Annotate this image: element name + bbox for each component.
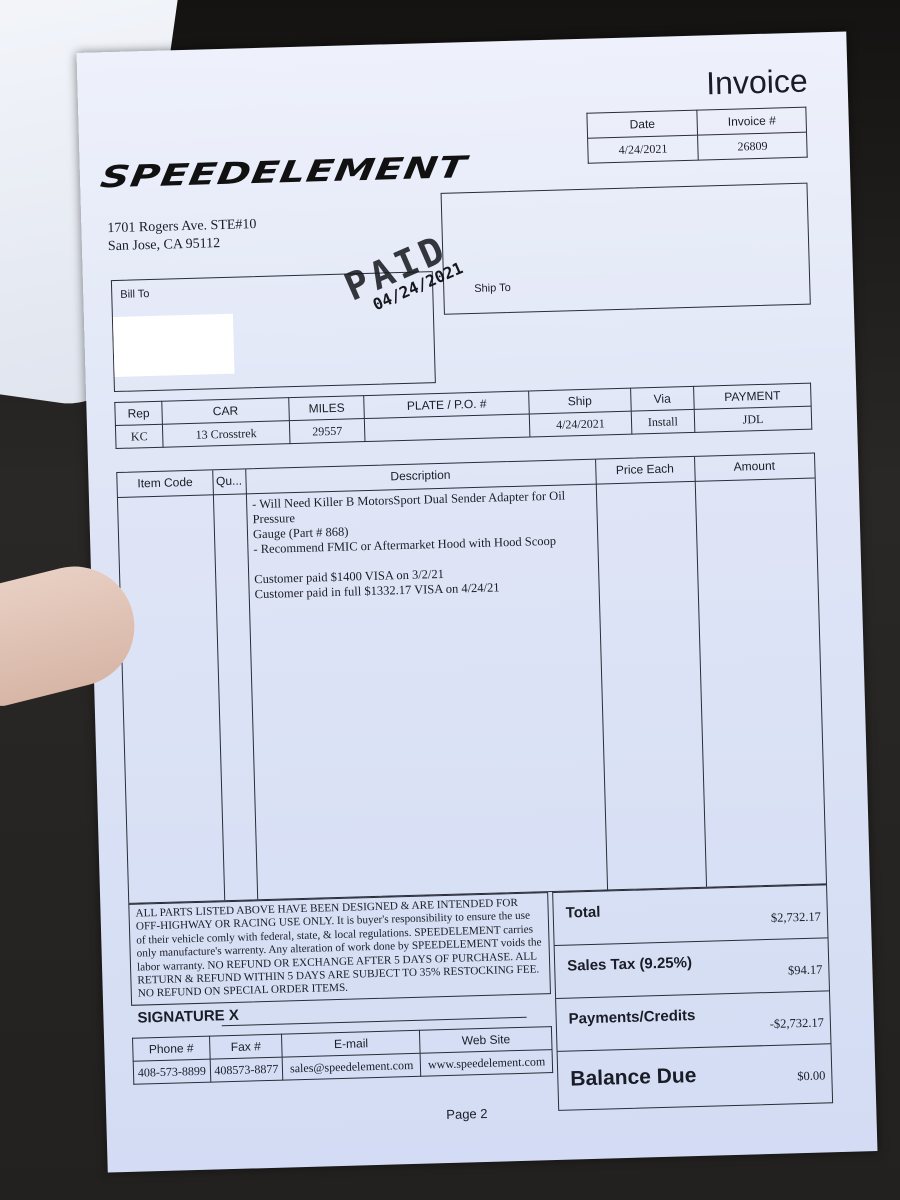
payments-label: Payments/Credits bbox=[568, 1007, 695, 1028]
phone-header: Phone # bbox=[133, 1036, 210, 1061]
column-divider bbox=[595, 460, 608, 890]
rep-header: Rep bbox=[115, 401, 163, 425]
balance-due-label: Balance Due bbox=[570, 1064, 697, 1092]
balance-due-row: Balance Due $0.00 bbox=[558, 1044, 833, 1110]
balance-due-value: $0.00 bbox=[797, 1068, 826, 1084]
car-value: 13 Crosstrek bbox=[162, 421, 289, 448]
invoice-date: 4/24/2021 bbox=[588, 135, 699, 163]
via-value: Install bbox=[631, 409, 695, 434]
phone-value: 408-573-8899 bbox=[133, 1059, 210, 1084]
job-info-table: Rep CAR MILES PLATE / P.O. # Ship Via PA… bbox=[114, 383, 812, 449]
item-code-header: Item Code bbox=[117, 474, 212, 491]
ship-to-label: Ship To bbox=[474, 282, 511, 295]
signature-label: SIGNATURE X bbox=[137, 1007, 239, 1027]
invoice-number-label: Invoice # bbox=[697, 107, 806, 135]
page-number: Page 2 bbox=[446, 1106, 488, 1122]
document-title: Invoice bbox=[706, 63, 808, 103]
miles-value: 29557 bbox=[289, 419, 365, 444]
ship-header: Ship bbox=[529, 388, 631, 414]
item-description: - Will Need Killer B MotorsSport Dual Se… bbox=[252, 488, 595, 602]
miles-header: MILES bbox=[288, 396, 364, 421]
totals-box: Total $2,732.17 Sales Tax (9.25%) $94.17… bbox=[552, 884, 833, 1111]
price-each-header: Price Each bbox=[595, 461, 694, 478]
payments-row: Payments/Credits -$2,732.17 bbox=[556, 991, 830, 1052]
via-header: Via bbox=[630, 386, 694, 411]
sales-tax-value: $94.17 bbox=[788, 963, 823, 979]
payments-value: -$2,732.17 bbox=[770, 1015, 825, 1032]
disclaimer-text: ALL PARTS LISTED ABOVE HAVE BEEN DESIGNE… bbox=[128, 892, 551, 1006]
payment-header: PAYMENT bbox=[694, 383, 812, 409]
website-value: www.speedelement.com bbox=[421, 1050, 553, 1077]
plate-value bbox=[365, 414, 530, 442]
line-items-table: Item Code Qu... Description Price Each A… bbox=[116, 453, 827, 904]
redacted-address bbox=[113, 314, 235, 377]
rep-value: KC bbox=[115, 424, 163, 448]
invoice-number: 26809 bbox=[698, 132, 807, 160]
company-address: 1701 Rogers Ave. STE#10 San Jose, CA 951… bbox=[107, 216, 257, 256]
bill-to-label: Bill To bbox=[120, 288, 149, 301]
fax-header: Fax # bbox=[209, 1034, 282, 1059]
total-label: Total bbox=[565, 904, 600, 922]
address-line-2: San Jose, CA 95112 bbox=[108, 234, 258, 256]
sales-tax-label: Sales Tax (9.25%) bbox=[567, 954, 692, 974]
payment-value: JDL bbox=[694, 406, 812, 432]
amount-header: Amount bbox=[694, 458, 814, 475]
sales-tax-row: Sales Tax (9.25%) $94.17 bbox=[555, 938, 829, 999]
contact-table: Phone # Fax # E-mail Web Site 408-573-88… bbox=[132, 1026, 553, 1085]
description-header: Description bbox=[245, 464, 595, 488]
column-divider bbox=[212, 470, 225, 900]
quantity-header: Qu... bbox=[212, 473, 245, 488]
company-logo: SPEEDELEMENT bbox=[98, 150, 469, 195]
column-divider bbox=[694, 457, 707, 887]
total-row: Total $2,732.17 bbox=[553, 885, 827, 946]
email-value: sales@speedelement.com bbox=[282, 1053, 421, 1080]
fax-value: 408573-8877 bbox=[210, 1057, 283, 1082]
date-label: Date bbox=[587, 110, 698, 138]
total-value: $2,732.17 bbox=[771, 910, 821, 926]
date-invoice-table: Date Invoice # 4/24/2021 26809 bbox=[586, 107, 807, 164]
ship-value: 4/24/2021 bbox=[529, 411, 631, 437]
invoice-sheet: SPEEDELEMENT 1701 Rogers Ave. STE#10 San… bbox=[77, 31, 878, 1172]
signature-line bbox=[222, 1017, 527, 1027]
ship-to-box: Ship To bbox=[441, 183, 811, 315]
